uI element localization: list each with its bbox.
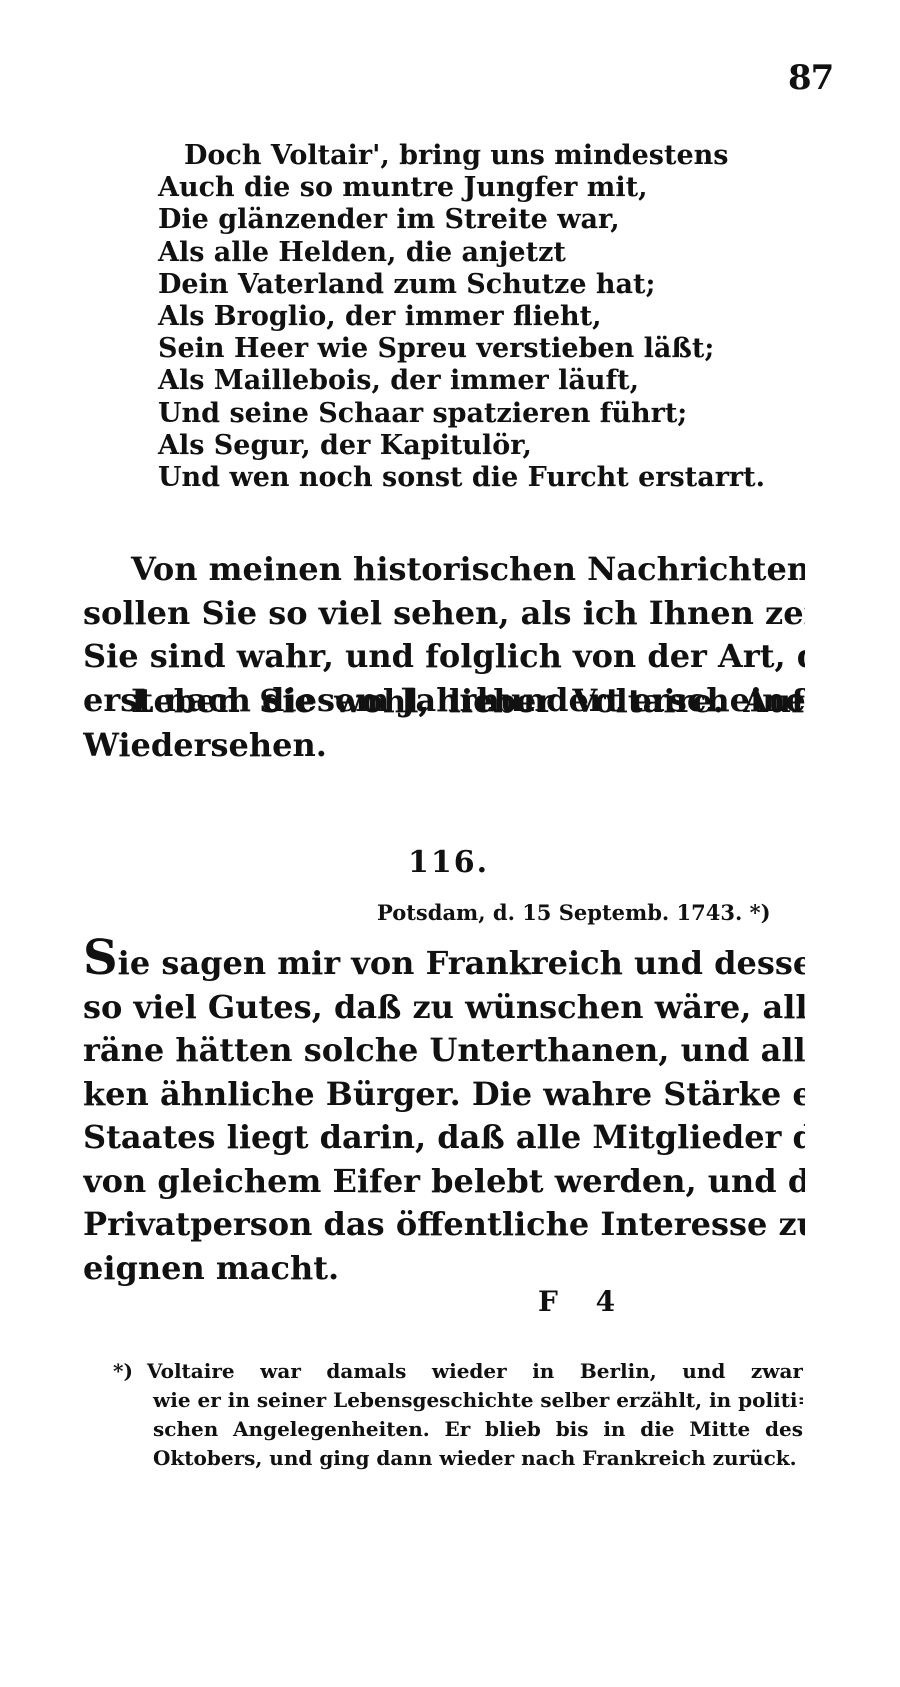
page-number: 87 [788,58,833,98]
footnote-marker: *) [113,1359,133,1383]
paragraph-line: Wiedersehen. [83,724,805,768]
verse-line: Und seine Schaar spatzieren führt; [158,398,798,430]
verse-stanza: Doch Voltair', bring uns mindestens Auch… [158,140,798,494]
paragraph-line: Sie sind wahr, und folglich von der Art,… [83,635,805,679]
paragraph-line-text: ie sagen mir von Frankreich und dessen K… [118,944,805,982]
paragraph-line: sollen Sie so viel sehen, als ich Ihnen … [83,592,805,636]
footnote-line-text: Voltaire war damals wieder in Berlin, un… [147,1359,803,1383]
paragraph-line: Staates liegt darin, daß alle Mitglieder… [83,1116,805,1160]
verse-line: Doch Voltair', bring uns mindestens [158,140,798,172]
verse-line: Als Segur, der Kapitulör, [158,430,798,462]
paragraph-farewell: Leben Sie wohl, lieber Voltaire. Auf Wie… [83,680,805,767]
verse-line: Sein Heer wie Spreu verstieben läßt; [158,333,798,365]
paragraph-line: von gleichem Eifer belebt werden, und da… [83,1160,805,1204]
paragraph-line: ken ähnliche Bürger. Die wahre Stärke ei… [83,1073,805,1117]
paragraph-line: Von meinen historischen Nachrichten [83,548,805,592]
verse-line: Und wen noch sonst die Furcht erstarrt. [158,462,798,494]
verse-line: Als Broglio, der immer flieht, [158,301,798,333]
paragraph-line: eignen macht. [83,1247,805,1291]
footnote-line: *)Voltaire war damals wieder in Berlin, … [113,1357,803,1386]
verse-line: Die glänzender im Streite war, [158,204,798,236]
verse-line: Dein Vaterland zum Schutze hat; [158,269,798,301]
letter-number: 116. [408,845,489,880]
signature-mark: F 4 [538,1285,629,1318]
letter-dateline: Potsdam, d. 15 Septemb. 1743. *) [377,900,771,925]
footnote-line: wie er in seiner Lebensgeschichte selber… [113,1386,803,1415]
verse-line: Als Maillebois, der immer läuft, [158,365,798,397]
paragraph-line: räne hätten solche Unterthanen, und alle… [83,1029,805,1073]
drop-cap: S [83,938,118,986]
verse-line: Als alle Helden, die anjetzt [158,237,798,269]
footnote-line: Oktobers, und ging dann wieder nach Fran… [113,1444,803,1473]
paragraph-line: Sie sagen mir von Frankreich und dessen … [83,938,805,986]
paragraph-line: Leben Sie wohl, lieber Voltaire. Auf [83,680,805,724]
letter-body: Sie sagen mir von Frankreich und dessen … [83,938,805,1290]
verse-line: Auch die so muntre Jungfer mit, [158,172,798,204]
paragraph-line: so viel Gutes, daß zu wünschen wäre, all… [83,986,805,1030]
footnote: *)Voltaire war damals wieder in Berlin, … [113,1357,803,1473]
paragraph-line: Privatperson das öffentliche Interesse z… [83,1203,805,1247]
footnote-line: schen Angelegenheiten. Er blieb bis in d… [113,1415,803,1444]
